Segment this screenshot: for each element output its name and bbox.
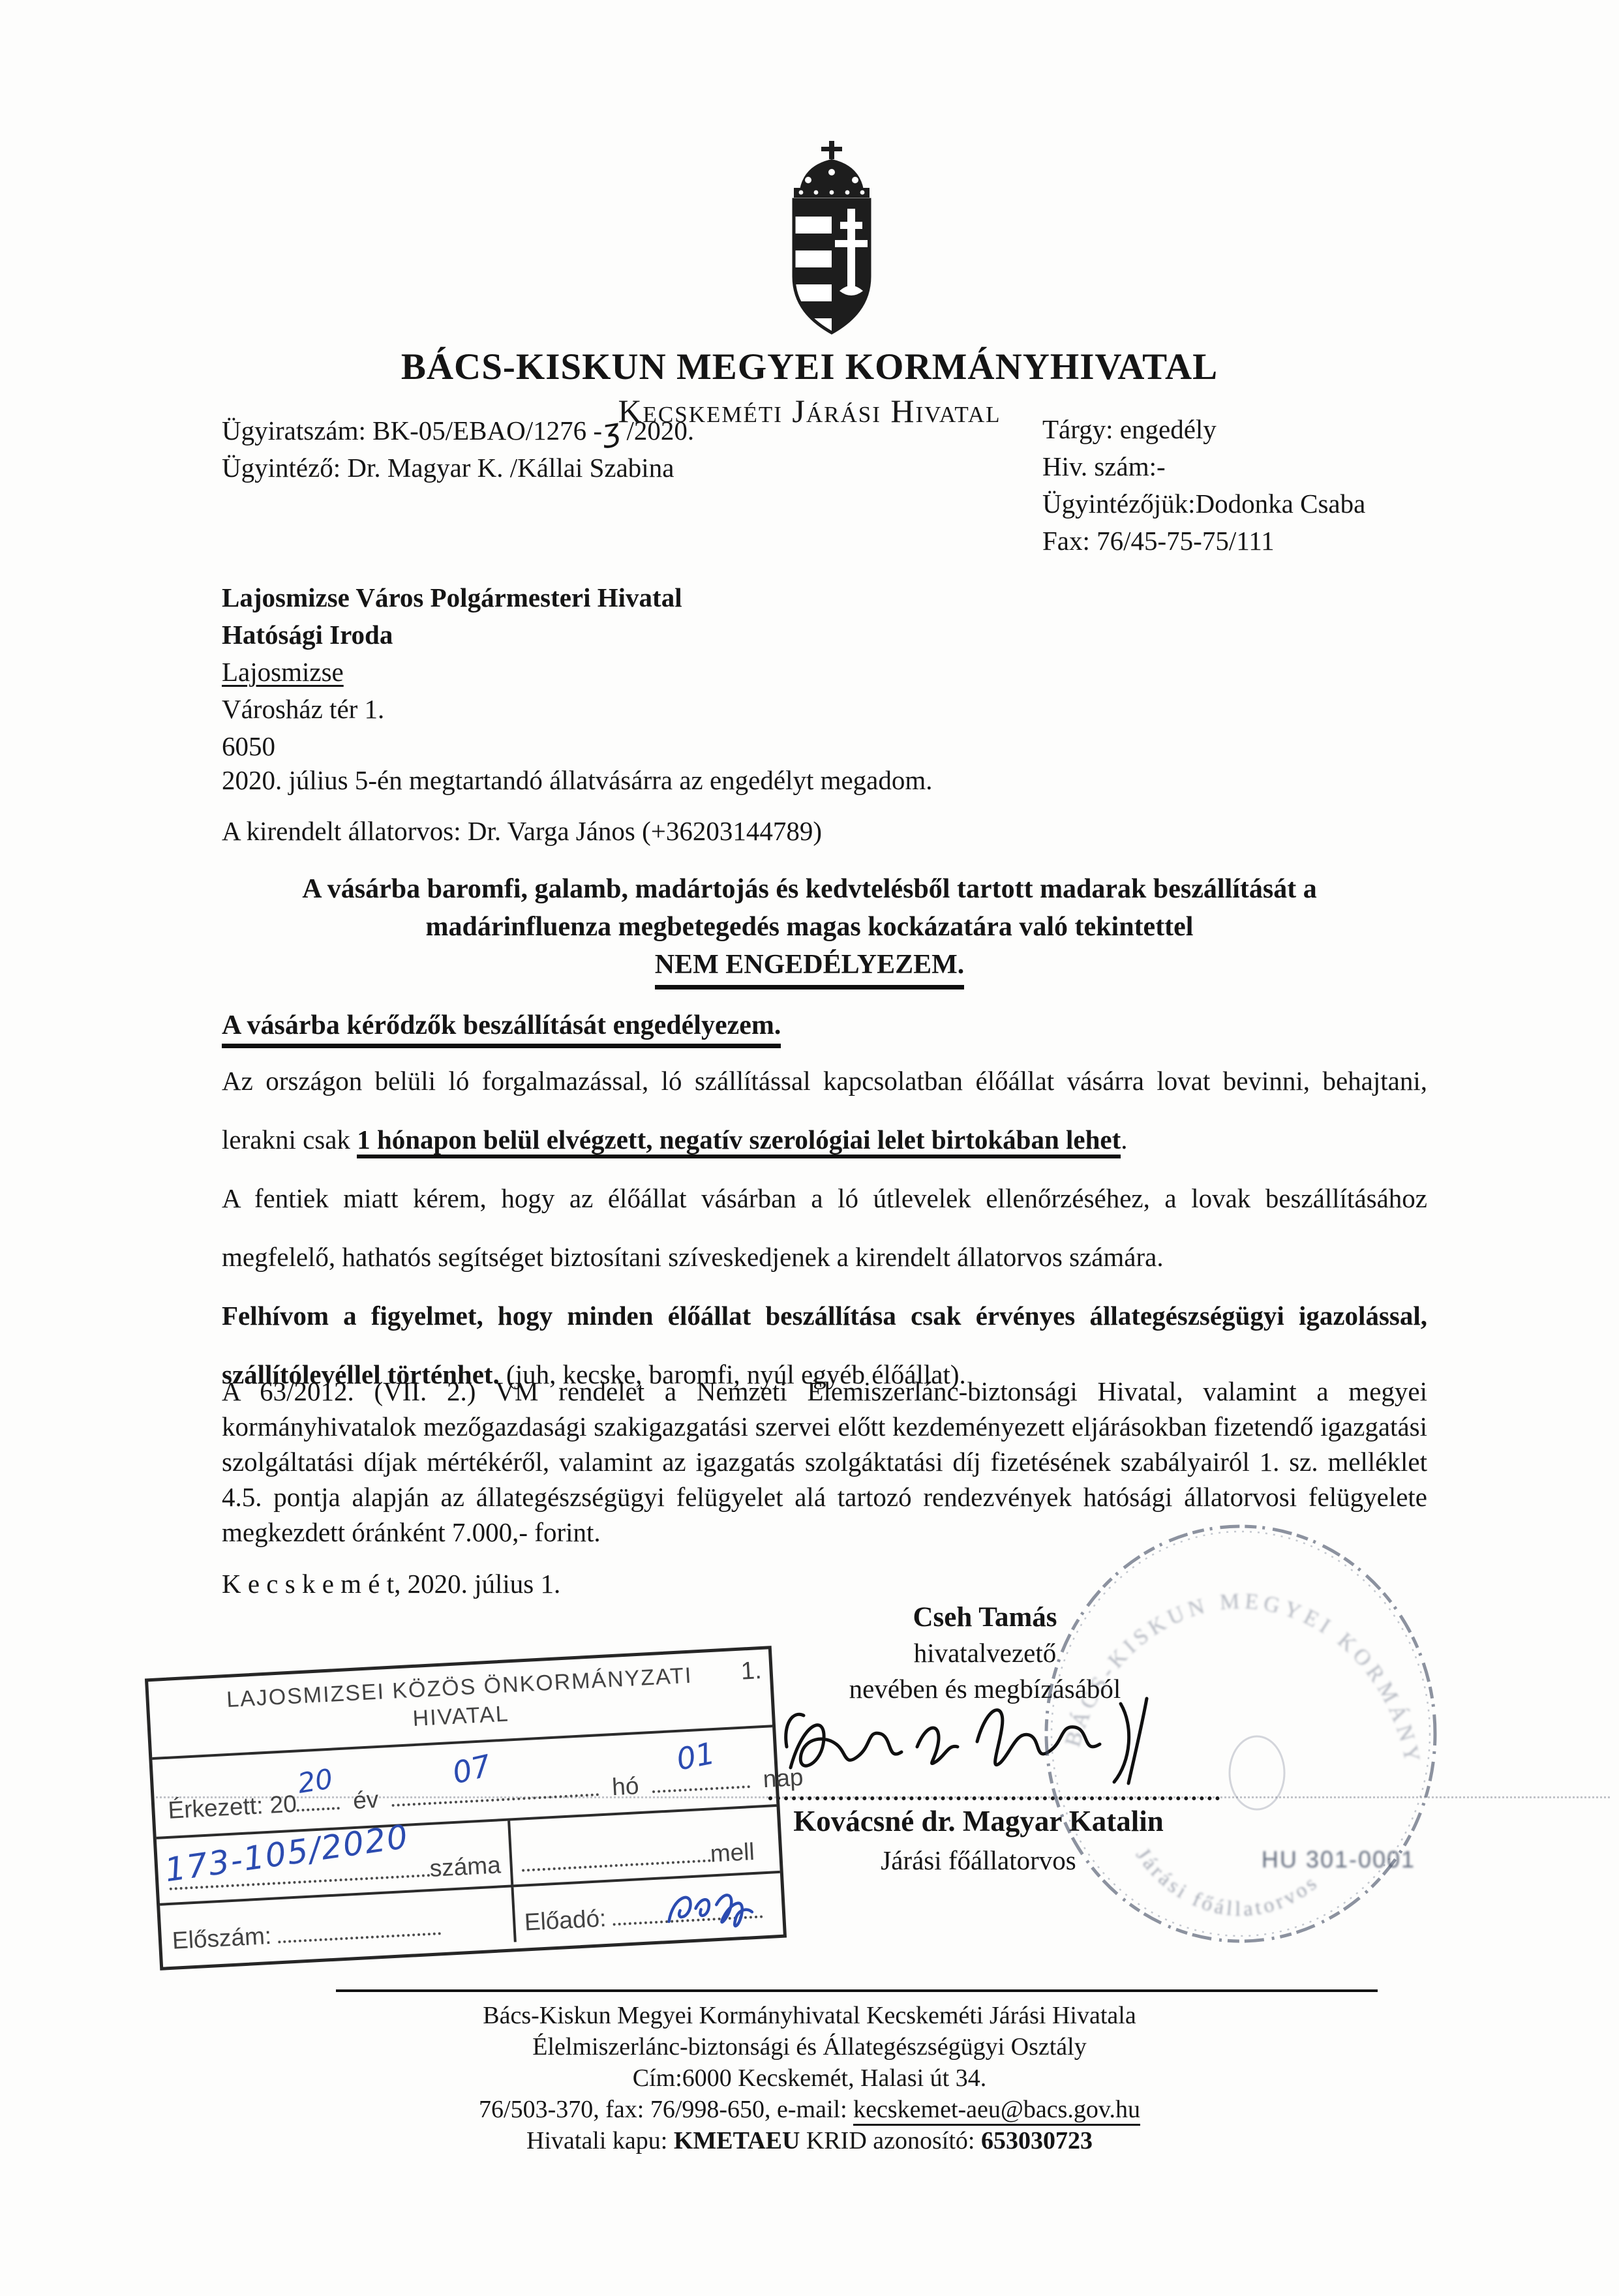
horse-paragraph: Az országon belüli ló forgalmazással, ló…: [222, 1051, 1427, 1169]
handwritten-day: 01: [674, 1735, 718, 1777]
addressee-office: Hatósági Iroda: [222, 616, 682, 654]
meta-right-block: Tárgy: engedély Hiv. szám:- Ügyintézőjük…: [1042, 411, 1365, 560]
footer-block: Bács-Kiskun Megyei Kormányhivatal Kecske…: [0, 2000, 1619, 2156]
received-stamp-box: LAJOSMIZSEI KÖZÖS ÖNKORMÁNYZATI HIVATAL …: [145, 1646, 787, 1971]
fax-line: Fax: 76/45-75-75/111: [1042, 522, 1365, 560]
footer-gateway-id: KMETAEU: [674, 2127, 800, 2154]
dateline: K e c s k e m é t, 2020. július 1.: [222, 1568, 560, 1599]
footer-contact-line: 76/503-370, fax: 76/998-650, e-mail: kec…: [0, 2094, 1619, 2125]
meta-left-block: Ügyiratszám: BK-05/EBAO/1276 -ʒ /2020. Ü…: [222, 411, 694, 487]
round-official-stamp: BÁCS-KISKUN MEGYEI KORMÁNYHIVATAL Járási…: [1032, 1512, 1449, 1959]
scanned-letter-page: BÁCS-KISKUN MEGYEI KORMÁNYHIVATAL Kecske…: [0, 0, 1619, 2296]
stamp-code: HU 301-0001: [1262, 1846, 1415, 1873]
addressee-city: Lajosmizse: [222, 657, 344, 687]
footer-email: kecskemet-aeu@bacs.gov.hu: [853, 2096, 1140, 2126]
stamp-arc-top-text: BÁCS-KISKUN MEGYEI KORMÁNYHIVATAL: [1032, 1512, 1425, 1768]
handwritten-month: 07: [449, 1748, 494, 1791]
reference-number-line: Hiv. szám:-: [1042, 448, 1365, 485]
ban-statement: A vásárba baromfi, galamb, madártojás és…: [0, 870, 1619, 989]
footer-divider: [336, 1989, 1378, 1992]
footer-address-line: Cím:6000 Kecskemét, Halasi út 34.: [0, 2062, 1619, 2094]
case-number-line: Ügyiratszám: BK-05/EBAO/1276 -ʒ /2020.: [222, 411, 694, 449]
handwritten-year: 20: [295, 1762, 335, 1800]
assist-paragraph: A fentiek miatt kérem, hogy az élőállat …: [222, 1169, 1427, 1286]
body-paragraphs: Az országon belüli ló forgalmazással, ló…: [222, 1051, 1427, 1404]
addressee-name: Lajosmizse Város Polgármesteri Hivatal: [222, 579, 682, 616]
clerk-line: Ügyintéző: Dr. Magyar K. /Kállai Szabina: [222, 449, 694, 487]
clerk-signature-scribble-icon: [661, 1876, 768, 1946]
hungarian-coat-of-arms-icon: [779, 140, 884, 339]
ruminant-permit-heading: A vásárba kérődzők beszállítását engedél…: [222, 1010, 781, 1048]
ban-emphasis: NEM ENGEDÉLYEZEM.: [655, 946, 965, 989]
footer-gateway-line: Hivatali kapu: KMETAEU KRID azonosító: 6…: [0, 2125, 1619, 2156]
svg-text:BÁCS-KISKUN MEGYEI KORMÁNYHIVA: BÁCS-KISKUN MEGYEI KORMÁNYHIVATAL: [1032, 1512, 1425, 1768]
addressee-block: Lajosmizse Város Polgármesteri Hivatal H…: [222, 579, 682, 765]
footer-krid: 653030723: [981, 2127, 1093, 2154]
received-stamp-corner-number: 1.: [740, 1656, 763, 1686]
org-name: BÁCS-KISKUN MEGYEI KORMÁNYHIVATAL: [0, 346, 1619, 388]
addressee-street: Városház tér 1.: [222, 691, 682, 728]
subject-line: Tárgy: engedély: [1042, 411, 1365, 448]
footer-dept-line: Élelmiszerlánc-biztonsági és Állategészs…: [0, 2031, 1619, 2062]
their-clerk-line: Ügyintézőjük:Dodonka Csaba: [1042, 485, 1365, 522]
addressee-zip: 6050: [222, 728, 682, 765]
vet-line: A kirendelt állatorvos: Dr. Varga János …: [222, 815, 822, 847]
footer-org-line: Bács-Kiskun Megyei Kormányhivatal Kecske…: [0, 2000, 1619, 2031]
permit-line: 2020. július 5-én megtartandó állatvásár…: [222, 764, 933, 796]
